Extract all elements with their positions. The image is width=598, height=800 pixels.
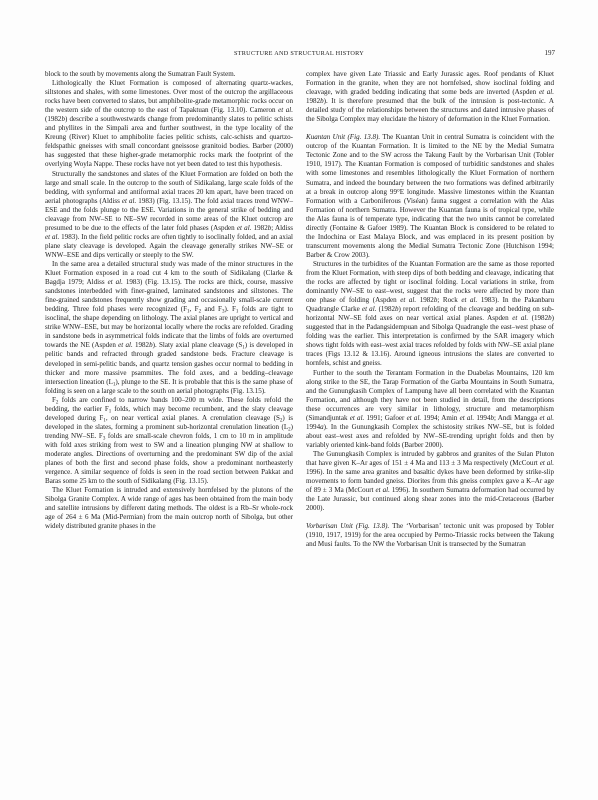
text-run: 1982 <box>251 224 267 232</box>
text-run: (1982 <box>376 305 395 313</box>
text-run: ; Rock <box>437 296 461 304</box>
text-run: et al. <box>512 314 528 322</box>
text-run: The Kuantan Unit in central Sumatra is c… <box>306 133 554 259</box>
text-run: 1982 <box>133 341 149 349</box>
text-run: 1994; Amin <box>421 414 459 422</box>
text-run: et al. <box>45 233 59 241</box>
book-page: STRUCTURE AND STRUCTURAL HISTORY 197 blo… <box>0 0 598 800</box>
body-paragraph: complex have given Late Triassic and Ear… <box>306 70 554 124</box>
body-paragraph: Structurally the sandstones and slates o… <box>45 170 293 260</box>
text-run: et al. <box>108 278 123 286</box>
section-paragraph: Kuantan Unit (Fig. 13.8). The Kuantan Un… <box>306 133 554 260</box>
text-run: et al. <box>122 197 136 205</box>
text-run: , F <box>190 305 199 313</box>
body-paragraph: In the same area a detailed structural s… <box>45 260 293 396</box>
body-paragraph: The Gunungkasih Complex is intruded by g… <box>306 450 554 513</box>
body-paragraph: F2 folds are confined to narrow bands 10… <box>45 396 293 486</box>
text-run: The Gunungkasih Complex is intruded by g… <box>306 450 554 467</box>
body-paragraph: Lithologically the Kluet Formation is co… <box>45 79 293 169</box>
text-run: ). Slaty axial plane cleavage (S <box>153 341 243 349</box>
body-paragraph: Structures in the turbidites of the Kuan… <box>306 260 554 369</box>
right-column: complex have given Late Triassic and Ear… <box>306 70 554 549</box>
text-run: ) describe a southwestwards change from … <box>45 115 293 168</box>
text-run: ). F <box>224 305 235 313</box>
text-run: 1991; Gafoer <box>364 414 406 422</box>
section-paragraph: Vorbarisan Unit (Fig. 13.8). The ‘Vorbar… <box>306 522 554 549</box>
text-run: 1983). In the field pelitic rocks are of… <box>45 233 293 259</box>
text-run: et al. <box>362 305 376 313</box>
text-run: et al. <box>407 414 422 422</box>
text-run: ). It is therefore presumed that the bul… <box>306 97 554 123</box>
text-run: et al. <box>460 414 475 422</box>
text-run: et al. <box>461 296 477 304</box>
text-run: et al. <box>376 486 390 494</box>
left-column: block to the south by movements along th… <box>45 70 293 531</box>
section-heading: Kuantan Unit (Fig. 13.8). <box>306 133 380 141</box>
text-run: et al. <box>350 414 365 422</box>
text-run: ; Aldiss <box>271 224 293 232</box>
text-run: et al. <box>278 106 293 114</box>
text-run: 1994 <box>474 414 490 422</box>
body-paragraph: block to the south by movements along th… <box>45 70 293 79</box>
text-run: ; Andi Mangga <box>494 414 539 422</box>
text-run: et al. <box>540 459 554 467</box>
text-run: , on near vertical axial planes. A crenu… <box>106 414 280 422</box>
text-run: ). In the Gunungkasih Complex the schist… <box>306 423 554 449</box>
text-run: et al. <box>400 296 416 304</box>
text-run: 1982 <box>416 296 434 304</box>
text-run: The Kluet Formation is intruded and exte… <box>45 486 293 530</box>
text-run: complex have given Late Triassic and Ear… <box>306 70 554 96</box>
text-run: et al. <box>539 414 554 422</box>
text-run: et al. <box>237 224 252 232</box>
text-run: 1994 <box>306 423 320 431</box>
section-heading: Vorbarisan Unit (Fig. 13.8). <box>306 522 389 530</box>
text-run: Lithologically the Kluet Formation is co… <box>45 79 293 114</box>
body-paragraph: Further to the south the Terantam Format… <box>306 369 554 450</box>
running-head: STRUCTURE AND STRUCTURAL HISTORY <box>0 50 598 57</box>
text-run: block to the south by movements along th… <box>45 70 235 78</box>
text-run: (1982 <box>45 115 61 123</box>
text-run: and F <box>201 305 222 313</box>
text-run: et al. <box>539 88 554 96</box>
body-paragraph: The Kluet Formation is intruded and exte… <box>45 486 293 531</box>
page-number: 197 <box>545 49 556 57</box>
text-run: 1982 <box>306 97 320 105</box>
text-run: et al. <box>118 341 133 349</box>
text-run: (1982 <box>528 314 548 322</box>
